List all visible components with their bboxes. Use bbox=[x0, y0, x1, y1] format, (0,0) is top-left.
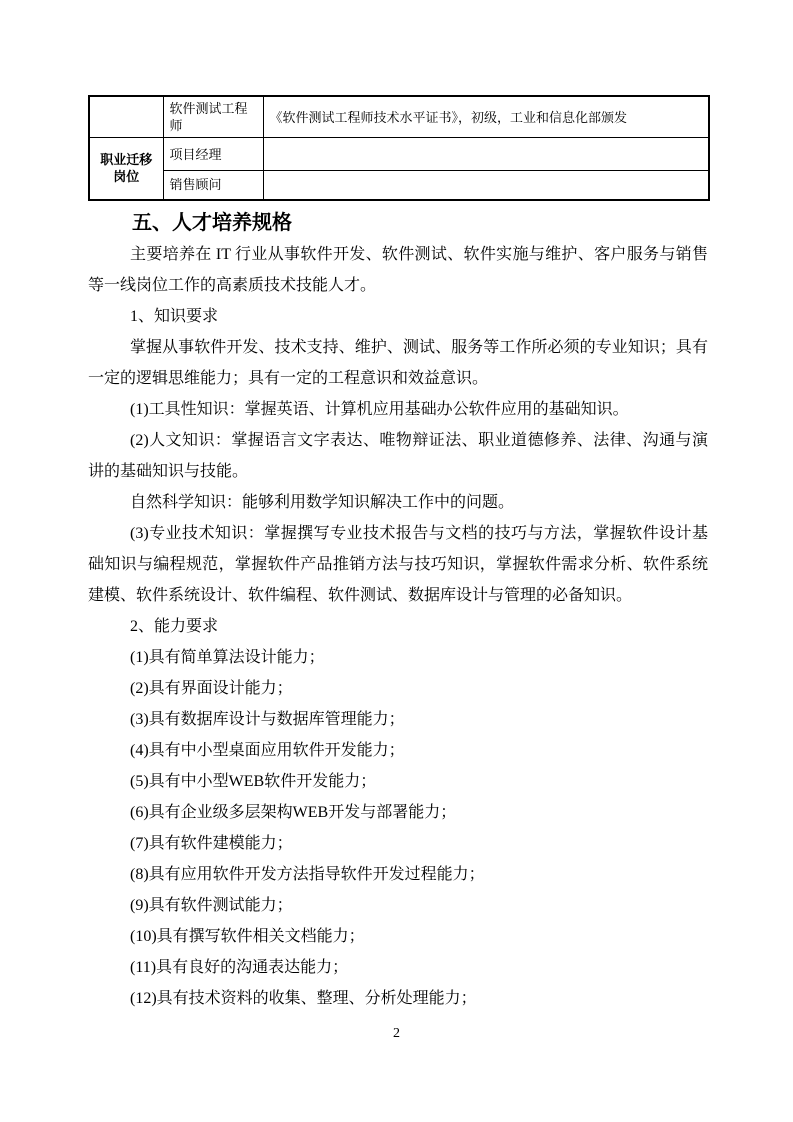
ability-item: (6)具有企业级多层架构WEB开发与部署能力； bbox=[88, 797, 708, 828]
page-content: 软件测试工程师 《软件测试工程师技术水平证书》，初级，工业和信息化部颁发 职业迁… bbox=[88, 95, 708, 1014]
table-row: 软件测试工程师 《软件测试工程师技术水平证书》，初级，工业和信息化部颁发 bbox=[89, 96, 709, 138]
table-cell-post: 项目经理 bbox=[163, 138, 263, 171]
table-cell-post: 软件测试工程师 bbox=[163, 96, 263, 138]
knowledge-item: 自然科学知识：能够利用数学知识解决工作中的问题。 bbox=[88, 487, 708, 518]
ability-item: (11)具有良好的沟通表达能力； bbox=[88, 952, 708, 983]
table-cell-cert bbox=[263, 138, 709, 171]
intro-paragraph: 主要培养在 IT 行业从事软件开发、软件测试、软件实施与维护、客户服务与销售等一… bbox=[88, 239, 708, 301]
section-body: 主要培养在 IT 行业从事软件开发、软件测试、软件实施与维护、客户服务与销售等一… bbox=[88, 239, 708, 1014]
ability-item: (3)具有数据库设计与数据库管理能力； bbox=[88, 704, 708, 735]
table-row: 职业迁移岗位 项目经理 bbox=[89, 138, 709, 171]
ability-item: (10)具有撰写软件相关文档能力； bbox=[88, 921, 708, 952]
ability-item: (2)具有界面设计能力； bbox=[88, 673, 708, 704]
table-cell-post: 销售顾问 bbox=[163, 171, 263, 200]
document-page: 软件测试工程师 《软件测试工程师技术水平证书》，初级，工业和信息化部颁发 职业迁… bbox=[0, 0, 793, 1122]
page-number: 2 bbox=[0, 1026, 793, 1042]
ability-item: (4)具有中小型桌面应用软件开发能力； bbox=[88, 735, 708, 766]
table-cell-empty bbox=[89, 96, 163, 138]
ability-item: (9)具有软件测试能力； bbox=[88, 890, 708, 921]
knowledge-item: (2)人文知识：掌握语言文字表达、唯物辩证法、职业道德修养、法律、沟通与演讲的基… bbox=[88, 425, 708, 487]
table-row: 销售顾问 bbox=[89, 171, 709, 200]
ability-item: (12)具有技术资料的收集、整理、分析处理能力； bbox=[88, 983, 708, 1014]
ability-item: (1)具有简单算法设计能力； bbox=[88, 642, 708, 673]
knowledge-item: (3)专业技术知识：掌握撰写专业技术报告与文档的技巧与方法，掌握软件设计基础知识… bbox=[88, 518, 708, 611]
ability-title: 2、能力要求 bbox=[88, 611, 708, 642]
table-cell-cert: 《软件测试工程师技术水平证书》，初级，工业和信息化部颁发 bbox=[263, 96, 709, 138]
ability-item: (5)具有中小型WEB软件开发能力； bbox=[88, 766, 708, 797]
merged-cell-career-transfer: 职业迁移岗位 bbox=[89, 138, 163, 200]
table-cell-cert bbox=[263, 171, 709, 200]
knowledge-title: 1、知识要求 bbox=[88, 301, 708, 332]
ability-item: (7)具有软件建模能力； bbox=[88, 828, 708, 859]
section-heading: 五、人才培养规格 bbox=[132, 210, 708, 237]
ability-item: (8)具有应用软件开发方法指导软件开发过程能力； bbox=[88, 859, 708, 890]
career-posts-table: 软件测试工程师 《软件测试工程师技术水平证书》，初级，工业和信息化部颁发 职业迁… bbox=[88, 95, 710, 201]
knowledge-item: 掌握从事软件开发、技术支持、维护、测试、服务等工作所必须的专业知识；具有一定的逻… bbox=[88, 332, 708, 394]
knowledge-item: (1)工具性知识：掌握英语、计算机应用基础办公软件应用的基础知识。 bbox=[88, 394, 708, 425]
